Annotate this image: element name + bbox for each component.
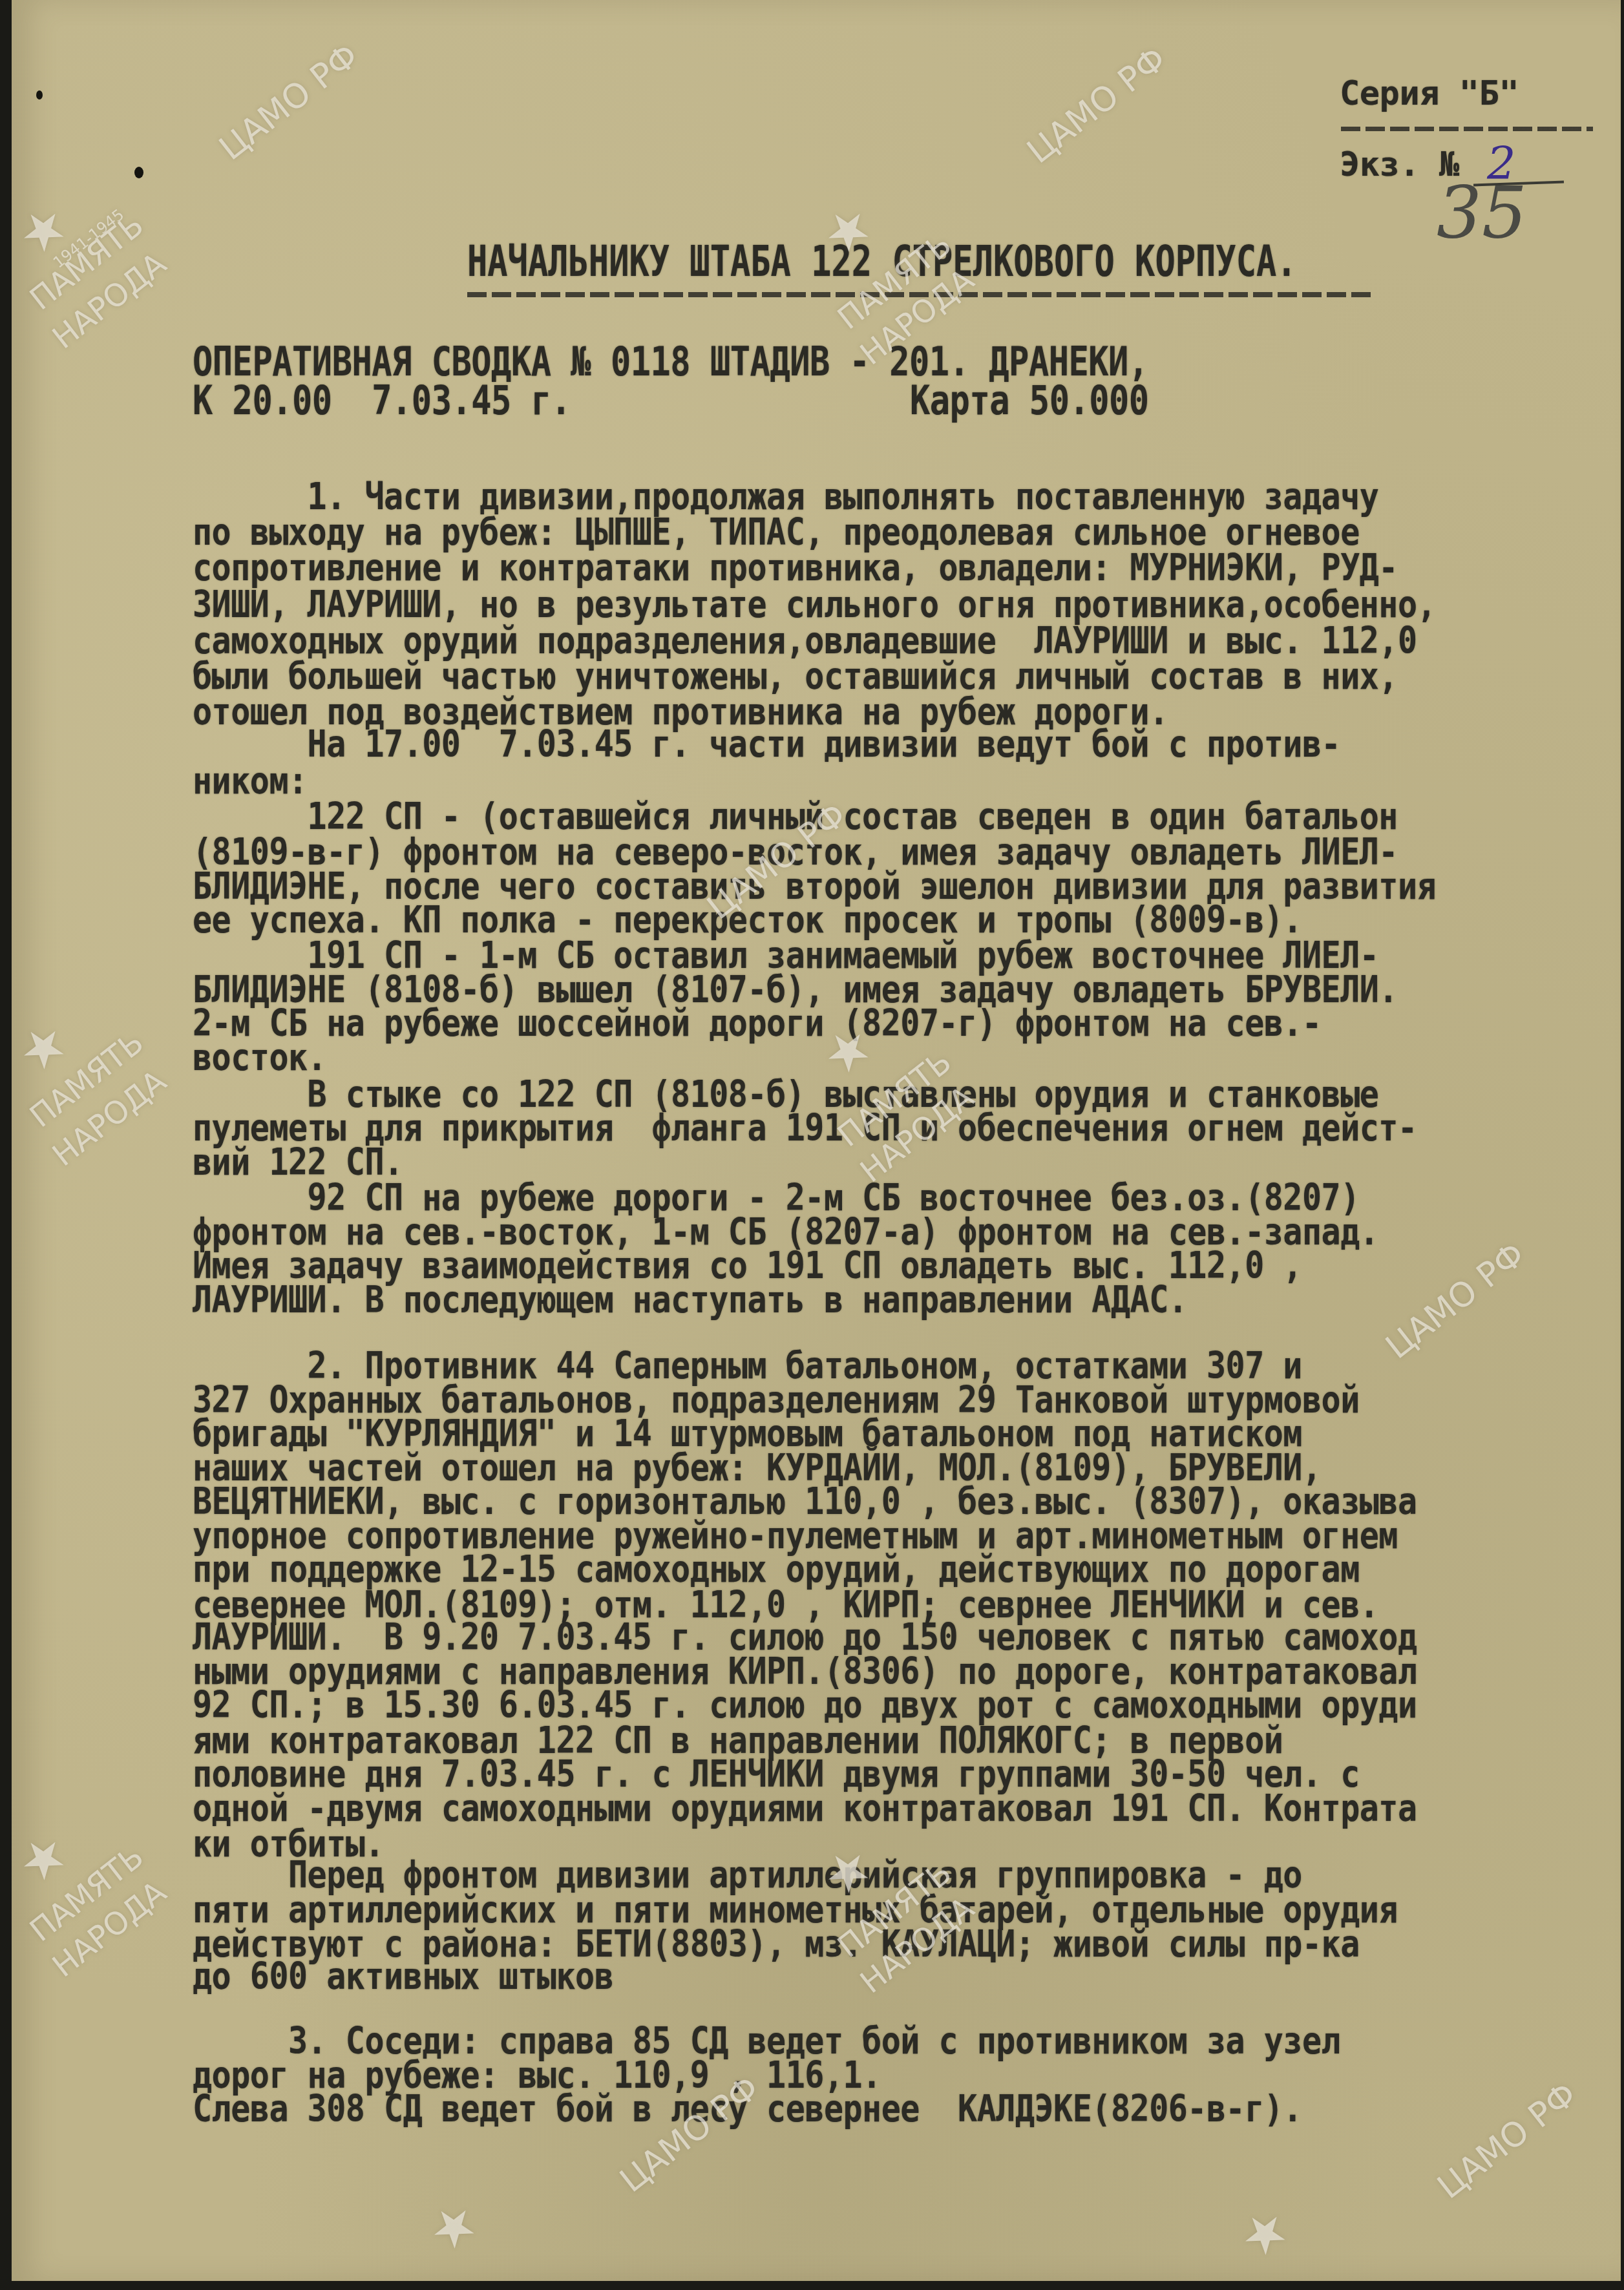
star-icon: ★ [1230, 2199, 1299, 2268]
punch-hole [36, 90, 43, 100]
punch-hole [134, 167, 143, 178]
report-line: ЛАУРИШИ. В последующем наступать в напра… [193, 1278, 1187, 1321]
document-page: Серия "Б" Экз. № 2 35 НАЧАЛЬНИКУ ШТАБА 1… [12, 0, 1621, 2281]
report-line: На 17.00 7.03.45 г. части дивизии ведут … [193, 722, 1340, 766]
watermark-archive: ЦАМО РФ [1380, 1237, 1530, 1365]
watermark-archive: ЦАМО РФ [1022, 41, 1172, 169]
series-label: Серия "Б" [1340, 74, 1519, 113]
report-line: 2-м СБ на рубеже шоссейной дороги (8207-… [193, 1002, 1322, 1045]
page-number-handwritten: 35 [1437, 171, 1527, 254]
report-time: К 20.00 7.03.45 г. [193, 378, 571, 425]
star-icon: ★ [9, 1824, 78, 1893]
map-scale: Карта 50.000 [910, 378, 1149, 425]
watermark-archive: ЦАМО РФ [1432, 2077, 1582, 2205]
report-line: до 600 активных штыков [193, 1955, 613, 1998]
watermark-archive: ЦАМО РФ [214, 38, 364, 166]
star-icon: ★ [419, 2192, 488, 2262]
series-rule [1341, 127, 1593, 131]
